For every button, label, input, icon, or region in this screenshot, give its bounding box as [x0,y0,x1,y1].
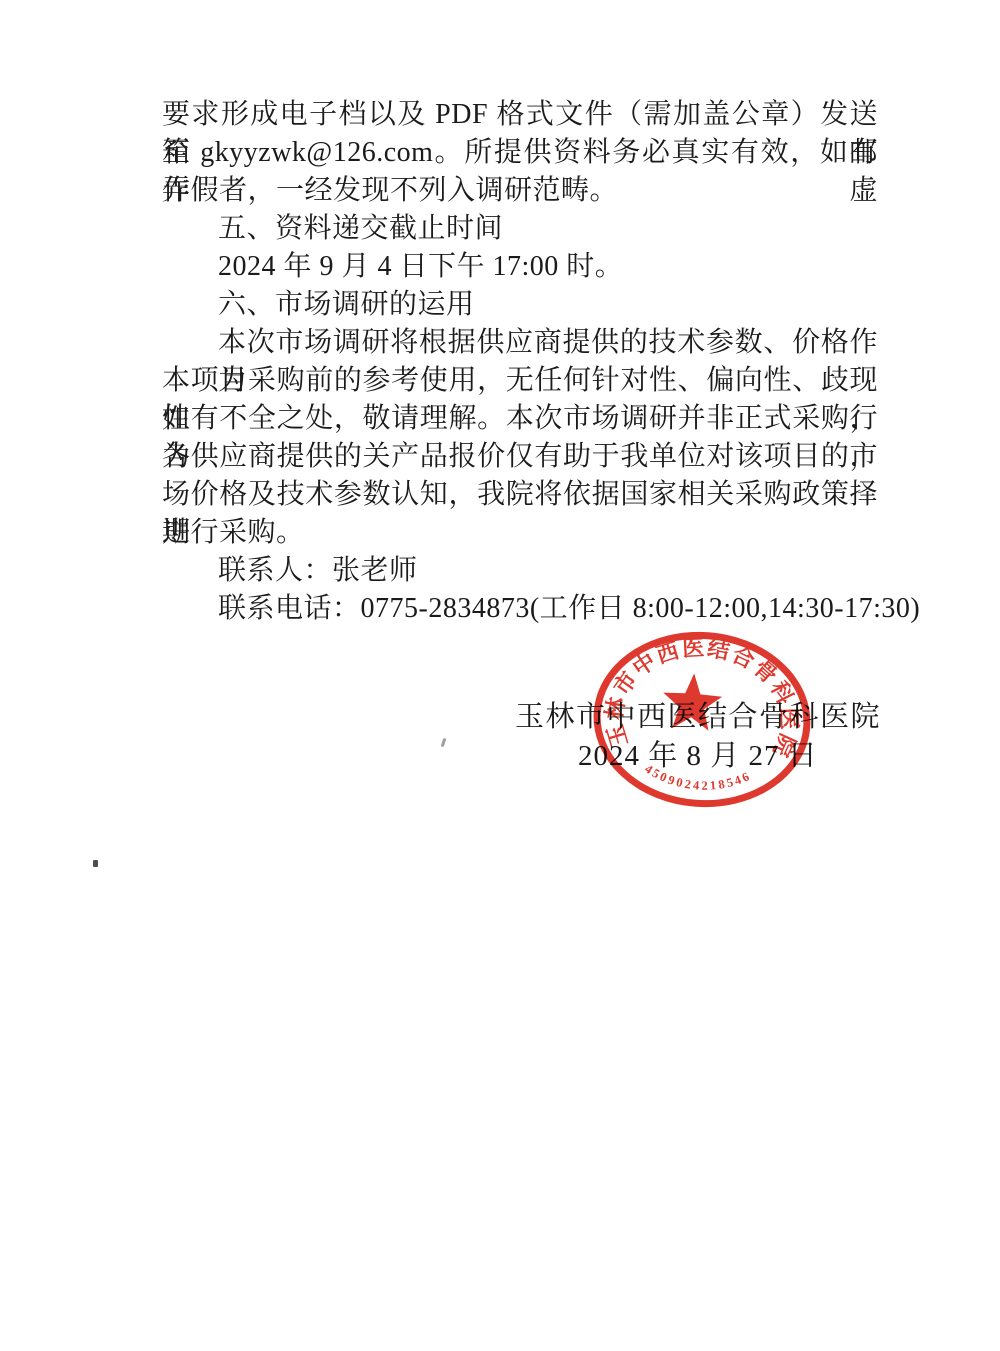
star-icon [661,671,724,731]
scan-speck [93,860,98,867]
text-line: 本次市场调研将根据供应商提供的技术参数、价格作为 [162,324,878,362]
text-line: 本项目采购前的参考使用，无任何针对性、偏向性、歧现性， [162,362,878,400]
text-line: 进行采购。 [162,514,878,552]
document-page: 要求形成电子档以及 PDF 格式文件（需加盖公章）发送至邮 箱 gkyyzwk@… [0,0,1000,1351]
text-line: 要求形成电子档以及 PDF 格式文件（需加盖公章）发送至邮 [162,96,878,134]
seal-code: 4509024218546 [641,761,754,796]
text-line: 各供应商提供的关产品报价仅有助于我单位对该项目的市 [162,438,878,476]
section-heading: 六、市场调研的运用 [162,286,878,324]
contact-person-line: 联系人：张老师 [162,552,878,590]
scan-speck [441,738,447,747]
text-line: 场价格及技术参数认知，我院将依据国家相关采购政策择期 [162,476,878,514]
text-line: 如有不全之处，敬请理解。本次市场调研并非正式采购行为， [162,400,878,438]
text-line: 箱 gkyyzwk@126.com。所提供资料务必真实有效，如有弄虚 [162,134,878,172]
section-heading: 五、资料递交截止时间 [162,210,878,248]
official-seal: 玉林市中西医结合骨科医院 4509024218546 [575,612,831,828]
text-line: 2024 年 9 月 4 日下午 17:00 时。 [162,248,878,286]
body-text: 要求形成电子档以及 PDF 格式文件（需加盖公章）发送至邮 箱 gkyyzwk@… [162,96,878,628]
